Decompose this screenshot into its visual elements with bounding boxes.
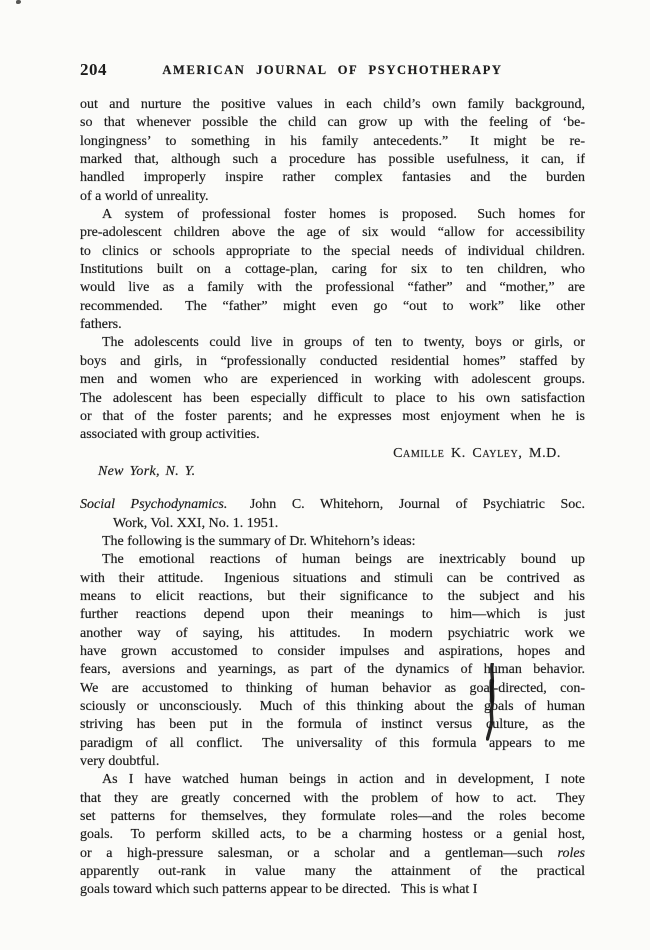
scanned-journal-page: 204 AMERICAN JOURNAL OF PSYCHOTHERAPY ou… xyxy=(0,0,650,950)
paragraph-block: out and nurture the positive values in e… xyxy=(80,96,585,206)
text-line: fathers. xyxy=(80,316,585,334)
text-line: goals. To perform skilled acts, to be a … xyxy=(80,826,585,844)
text-line: Camille K. Cayley, M.D. xyxy=(80,445,585,463)
text-line: of a world of unreality. xyxy=(80,188,585,206)
text-line: The adolescent has been especially diffi… xyxy=(80,390,585,408)
text-line: very doubtful. xyxy=(80,753,585,771)
text-line: set patterns for themselves, they formul… xyxy=(80,808,585,826)
page-body: out and nurture the positive values in e… xyxy=(80,96,585,900)
text-line: New York, N. Y. xyxy=(80,463,585,481)
text-line: Work, Vol. XXI, No. 1. 1951. xyxy=(80,515,585,533)
text-line: pre-adolescent children above the age of… xyxy=(80,224,585,242)
ink-smudge-artifact xyxy=(486,663,498,741)
text-line: out and nurture the positive values in e… xyxy=(80,96,585,114)
text-line: or a high-pressure salesman, or a schola… xyxy=(80,845,585,863)
text-line: handled improperly inspire rather comple… xyxy=(80,169,585,187)
text-line: so that whenever possible the child can … xyxy=(80,114,585,132)
text-line: recommended. The “father” might even go … xyxy=(80,298,585,316)
text-line: associated with group activities. xyxy=(80,426,585,444)
text-line: to clinics or schools appropriate to the… xyxy=(80,243,585,261)
text-line: apparently out-rank in value many the at… xyxy=(80,863,585,881)
text-line: boys and girls, in “professionally condu… xyxy=(80,353,585,371)
paragraph-block: The adolescents could live in groups of … xyxy=(80,334,585,444)
text-line: The adolescents could live in groups of … xyxy=(80,334,585,352)
text-line: goals toward which such patterns appear … xyxy=(80,881,585,899)
text-line: Institutions built on a cottage-plan, ca… xyxy=(80,261,585,279)
text-line: with their attitude. Ingenious situation… xyxy=(80,570,585,588)
text-line: further reactions depend upon their mean… xyxy=(80,606,585,624)
scan-speck-artifact xyxy=(16,0,21,4)
text-line: that they are greatly concerned with the… xyxy=(80,790,585,808)
text-line: marked that, although such a procedure h… xyxy=(80,151,585,169)
journal-title: AMERICAN JOURNAL OF PSYCHOTHERAPY xyxy=(80,60,585,78)
paragraph-block: The emotional reactions of human beings … xyxy=(80,551,585,771)
text-line: striving has been put in the formula of … xyxy=(80,716,585,734)
text-line: have grown accustomed to consider impuls… xyxy=(80,643,585,661)
text-line: fears, aversions and yearnings, as part … xyxy=(80,661,585,679)
text-line: Social Psychodynamics. John C. Whitehorn… xyxy=(80,496,585,514)
text-line: A system of professional foster homes is… xyxy=(80,206,585,224)
text-line: The emotional reactions of human beings … xyxy=(80,551,585,569)
paragraph-block: A system of professional foster homes is… xyxy=(80,206,585,334)
page-header: 204 AMERICAN JOURNAL OF PSYCHOTHERAPY xyxy=(80,60,585,80)
text-line: paradigm of all conflict. The universali… xyxy=(80,735,585,753)
text-line: or that of the foster parents; and he ex… xyxy=(80,408,585,426)
text-line: would live as a family with the professi… xyxy=(80,279,585,297)
page-number: 204 xyxy=(80,60,107,80)
paragraph-block: The following is the summary of Dr. Whit… xyxy=(80,533,585,551)
text-line: We are accustomed to thinking of human b… xyxy=(80,680,585,698)
signature-block: Camille K. Cayley, M.D. xyxy=(80,445,585,463)
text-line: another way of saying, his attitudes. In… xyxy=(80,625,585,643)
text-line: longingness’ to something in his family … xyxy=(80,133,585,151)
text-line: sciously or unconsciously. Much of this … xyxy=(80,698,585,716)
location-block: New York, N. Y. xyxy=(80,463,585,481)
text-line: The following is the summary of Dr. Whit… xyxy=(80,533,585,551)
text-line: men and women who are experienced in wor… xyxy=(80,371,585,389)
text-line: means to elicit reactions, but their sig… xyxy=(80,588,585,606)
paragraph-block: As I have watched human beings in action… xyxy=(80,771,585,899)
citation-block: Social Psychodynamics. John C. Whitehorn… xyxy=(80,496,585,533)
text-line: As I have watched human beings in action… xyxy=(80,771,585,789)
